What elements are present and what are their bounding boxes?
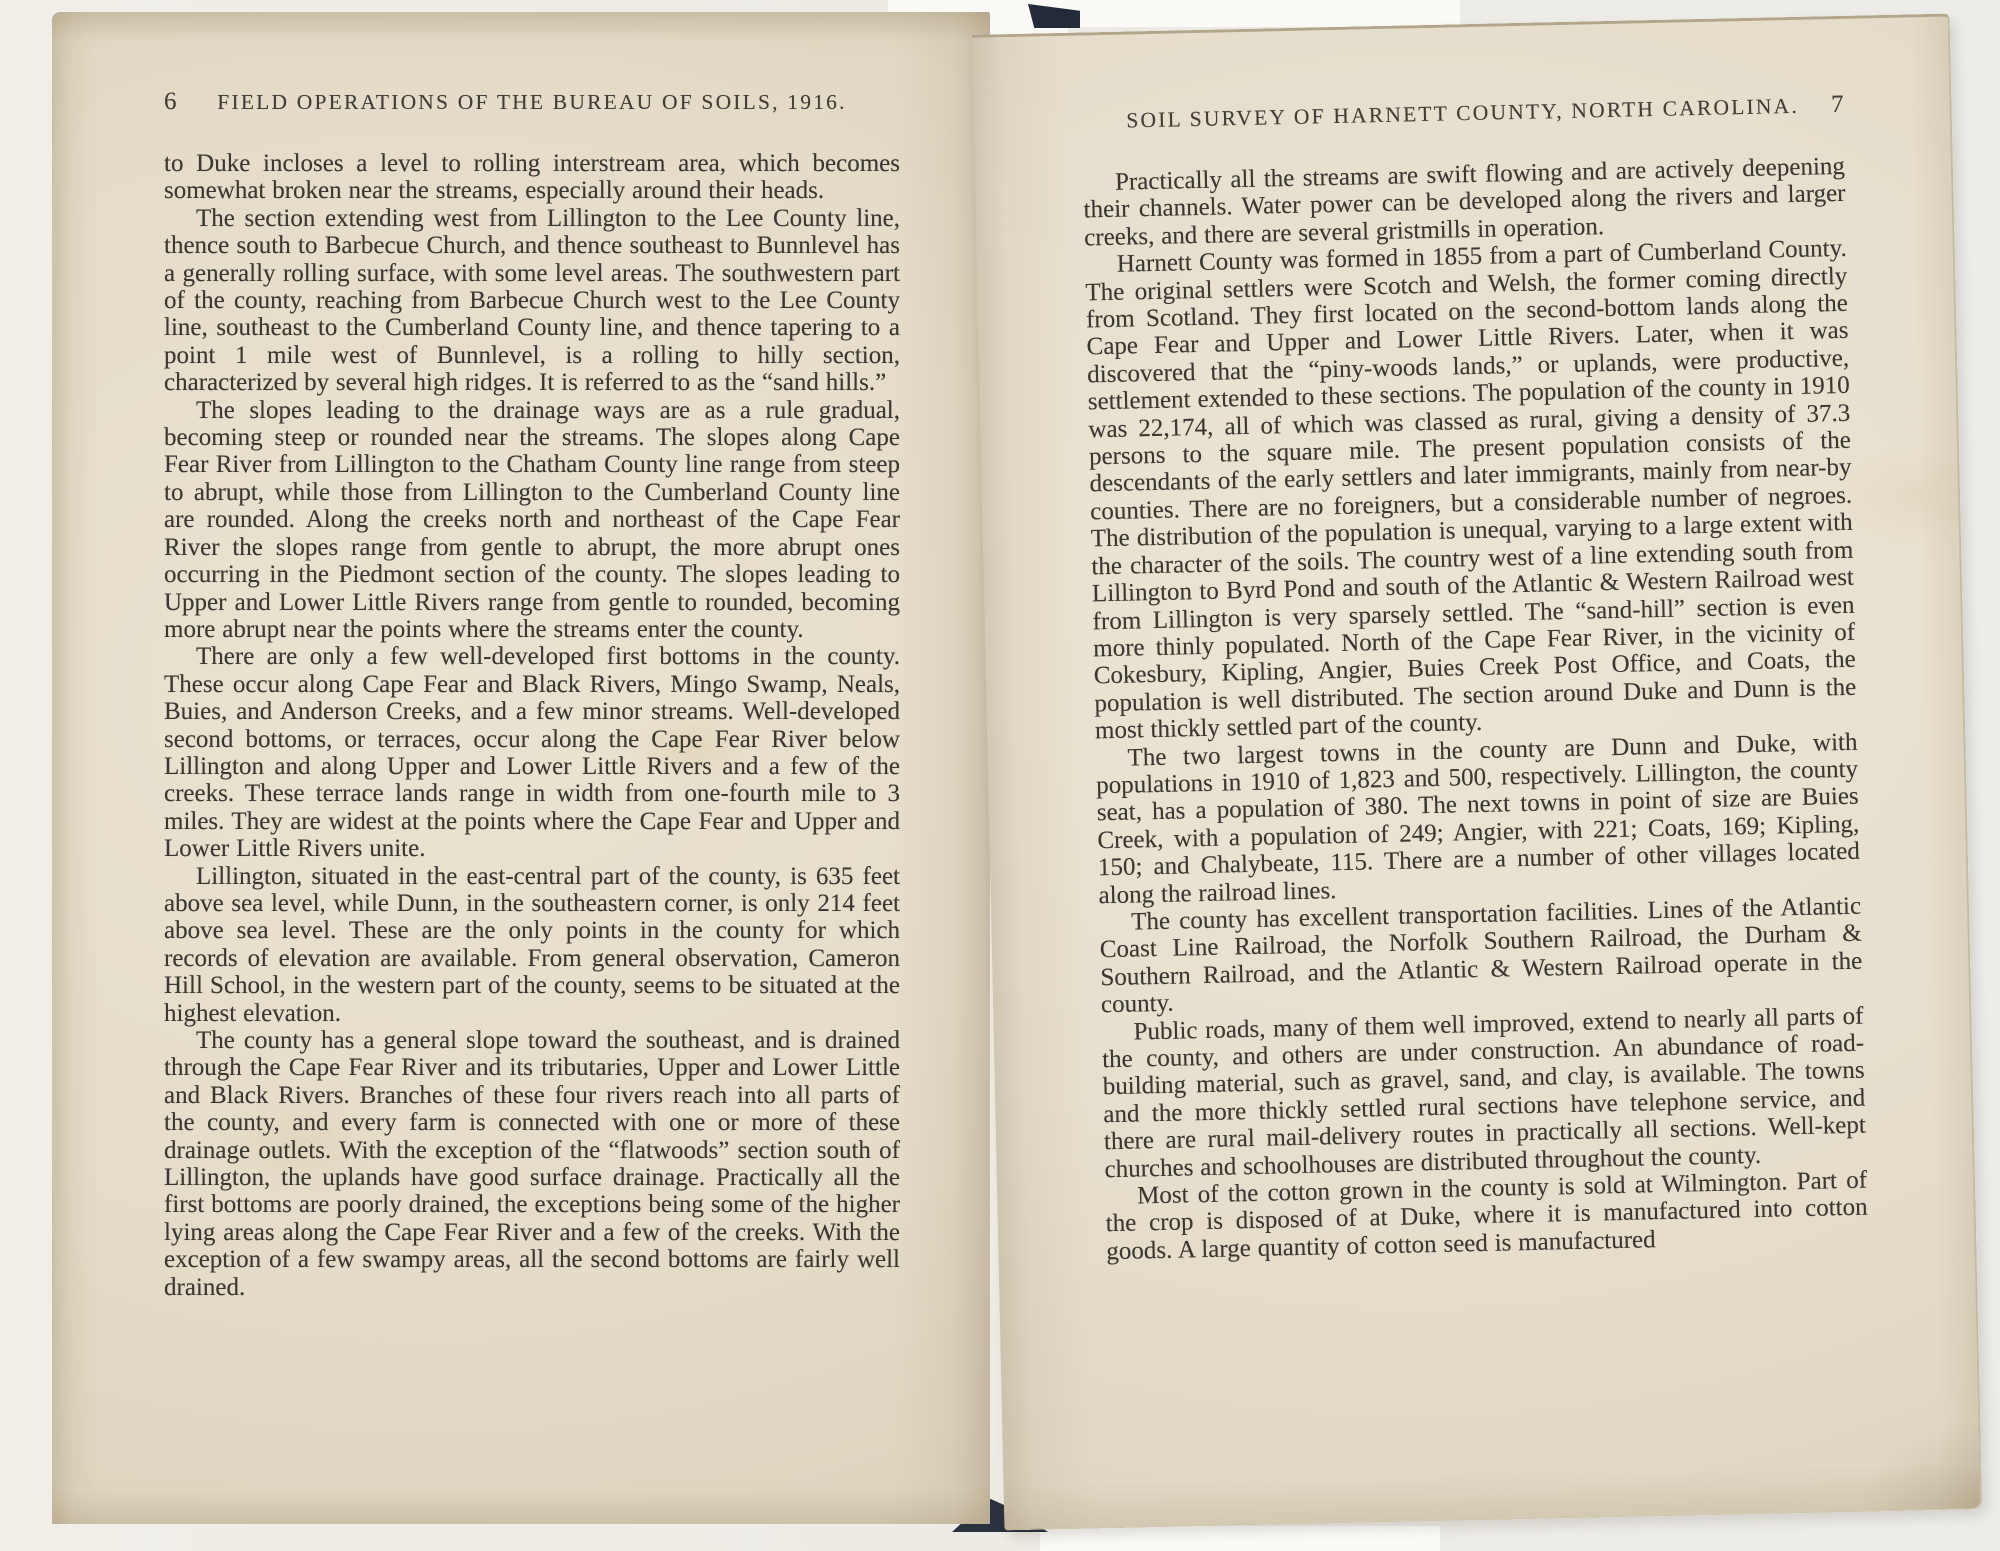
left-page: 6 FIELD OPERATIONS OF THE BUREAU OF SOIL… bbox=[52, 12, 990, 1524]
left-page-content: 6 FIELD OPERATIONS OF THE BUREAU OF SOIL… bbox=[52, 12, 990, 1524]
right-page-content: SOIL SURVEY OF HARNETT COUNTY, NORTH CAR… bbox=[972, 17, 1980, 1530]
paragraph: Most of the cotton grown in the county i… bbox=[1105, 1167, 1869, 1266]
right-page: SOIL SURVEY OF HARNETT COUNTY, NORTH CAR… bbox=[972, 14, 1982, 1531]
left-running-head: 6 FIELD OPERATIONS OF THE BUREAU OF SOIL… bbox=[164, 88, 900, 116]
right-page-number: 7 bbox=[1799, 91, 1844, 120]
paragraph: The two largest towns in the county are … bbox=[1095, 728, 1860, 909]
paragraph: Lillington, situated in the east-central… bbox=[164, 863, 900, 1027]
paragraph: to Duke incloses a level to rolling inte… bbox=[164, 150, 900, 205]
paragraph: Public roads, many of them well improved… bbox=[1101, 1002, 1866, 1183]
right-running-head: SOIL SURVEY OF HARNETT COUNTY, NORTH CAR… bbox=[1081, 91, 1843, 136]
right-running-header-title: SOIL SURVEY OF HARNETT COUNTY, NORTH CAR… bbox=[1125, 94, 1799, 134]
right-head-spacer bbox=[1082, 128, 1126, 129]
underlying-page-edge-top-right bbox=[1060, 0, 1460, 27]
right-page-body: Practically all the streams are swift fl… bbox=[1083, 153, 1869, 1266]
left-page-body: to Duke incloses a level to rolling inte… bbox=[164, 150, 900, 1301]
book-scan: 6 FIELD OPERATIONS OF THE BUREAU OF SOIL… bbox=[0, 0, 2000, 1551]
paragraph: The county has a general slope toward th… bbox=[164, 1027, 900, 1301]
paragraph: Harnett County was formed in 1855 from a… bbox=[1085, 235, 1858, 745]
paragraph: The slopes leading to the drainage ways … bbox=[164, 397, 900, 644]
left-running-header-title: FIELD OPERATIONS OF THE BUREAU OF SOILS,… bbox=[208, 90, 856, 115]
left-page-number: 6 bbox=[164, 88, 208, 116]
paragraph: The section extending west from Lillingt… bbox=[164, 205, 900, 397]
paragraph: There are only a few well-developed firs… bbox=[164, 643, 900, 862]
underlying-page-edge-bottom bbox=[1040, 1526, 1440, 1551]
paragraph: The county has excellent transportation … bbox=[1099, 893, 1863, 1019]
